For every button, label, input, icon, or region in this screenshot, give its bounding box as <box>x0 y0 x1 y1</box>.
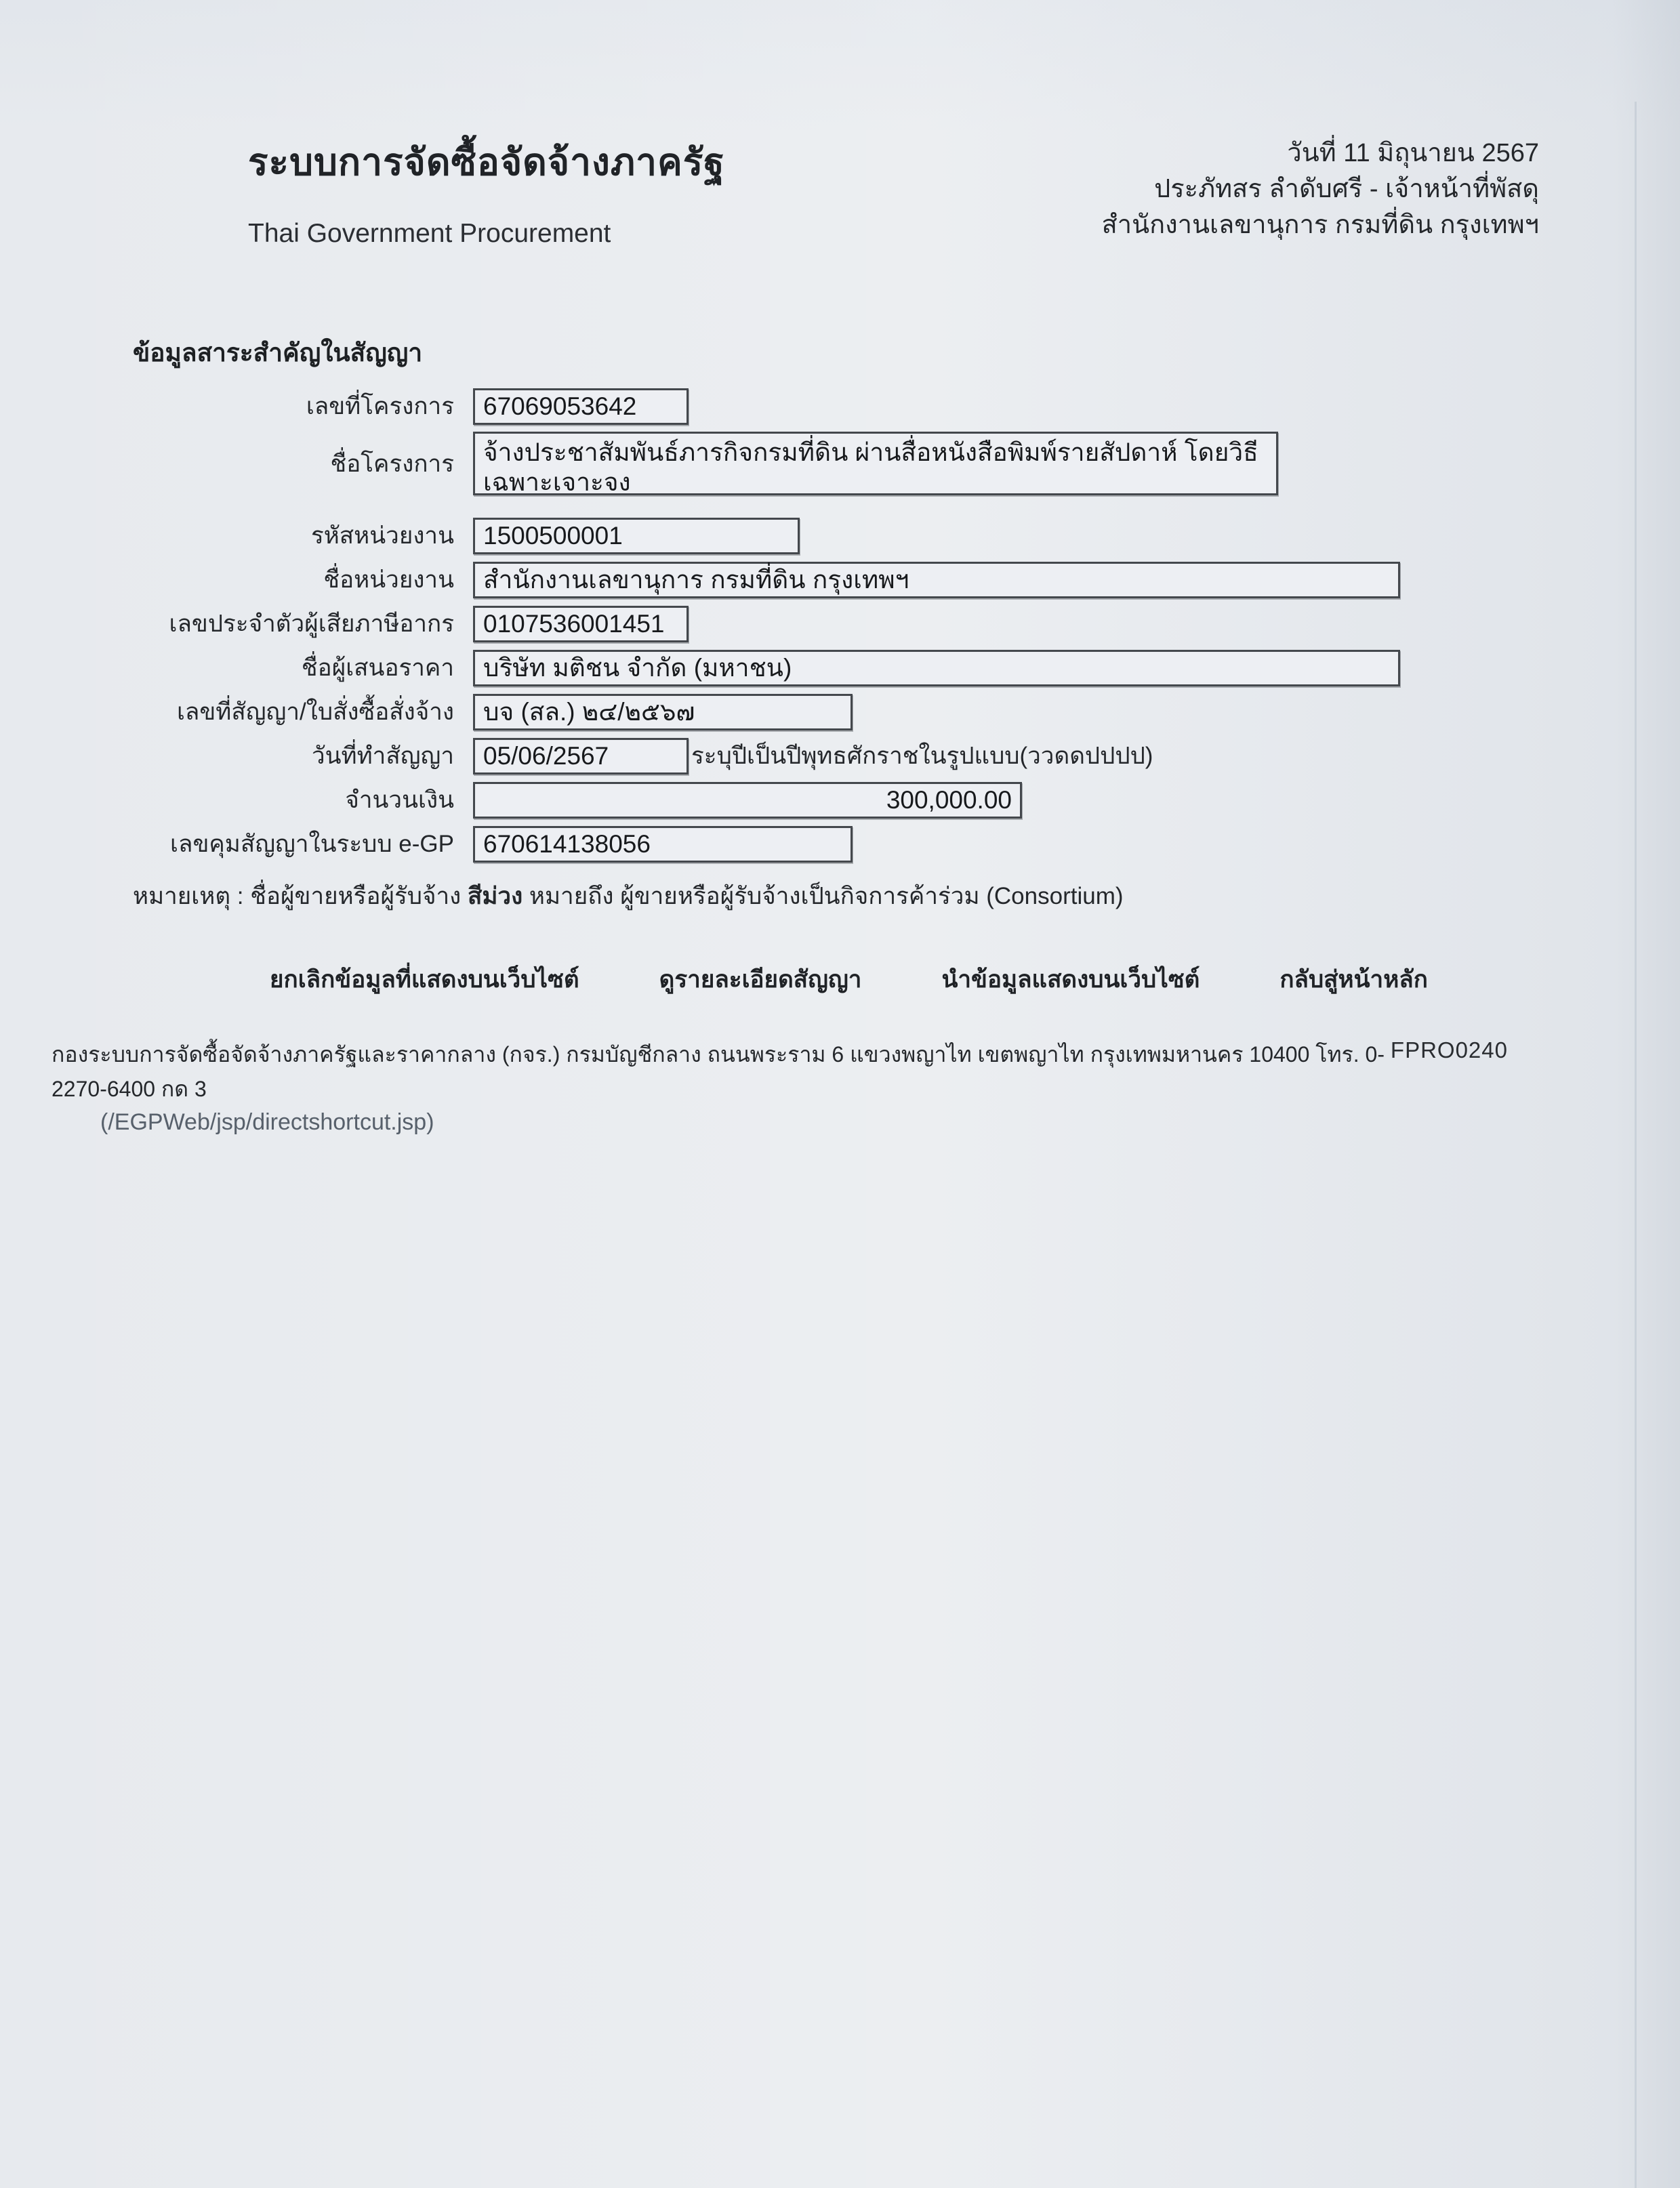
agency-code-value: 1500500001 <box>483 522 623 550</box>
field-row-agency-name: ชื่อหน่วยงาน สำนักงานเลขานุการ กรมที่ดิน… <box>0 561 1680 598</box>
print-date: วันที่ 11 มิถุนายน 2567 <box>1102 136 1539 171</box>
publish-to-website-button[interactable]: นำข้อมูลแสดงบนเว็บไซต์ <box>941 961 1200 998</box>
project-number-value: 67069053642 <box>483 392 636 421</box>
field-row-contract-number: เลขที่สัญญา/ใบสั่งซื้อสั่งจ้าง บจ (สล.) … <box>0 693 1680 730</box>
field-row-amount: จำนวนเงิน 300,000.00 <box>0 781 1680 819</box>
agency-code-field[interactable]: 1500500001 <box>473 518 800 554</box>
action-button-bar: ยกเลิกข้อมูลที่แสดงบนเว็บไซต์ ดูรายละเอี… <box>0 961 1680 998</box>
page-footer: กองระบบการจัดซื้อจัดจ้างภาครัฐและราคากลา… <box>0 1037 1680 1136</box>
bidder-name-value: บริษัท มติชน จำกัด (มหาชน) <box>483 648 792 688</box>
tax-id-label: เลขประจำตัวผู้เสียภาษีอากร <box>0 605 473 642</box>
agency-name-value: สำนักงานเลขานุการ กรมที่ดิน กรุงเทพฯ <box>483 560 909 600</box>
field-row-project-number: เลขที่โครงการ 67069053642 <box>0 388 1680 425</box>
system-title-thai: ระบบการจัดซื้อจัดจ้างภาครัฐ <box>248 133 725 192</box>
scan-fold-line <box>1635 102 1637 2188</box>
scanned-procurement-page: ระบบการจัดซื้อจัดจ้างภาครัฐ Thai Governm… <box>0 0 1680 2188</box>
contract-number-field[interactable]: บจ (สล.) ๒๔/๒๕๖๗ <box>473 694 853 730</box>
system-title-english: Thai Government Procurement <box>248 219 725 249</box>
cancel-publish-button[interactable]: ยกเลิกข้อมูลที่แสดงบนเว็บไซต์ <box>270 961 579 998</box>
project-number-field[interactable]: 67069053642 <box>473 388 689 425</box>
bidder-name-label: ชื่อผู้เสนอราคา <box>0 649 473 686</box>
contract-number-value: บจ (สล.) ๒๔/๒๕๖๗ <box>483 692 695 732</box>
user-agency: สำนักงานเลขานุการ กรมที่ดิน กรุงเทพฯ <box>1102 207 1539 243</box>
egp-control-number-value: 670614138056 <box>483 830 651 859</box>
field-row-egp-control-number: เลขคุมสัญญาในระบบ e-GP 670614138056 <box>0 825 1680 863</box>
amount-field[interactable]: 300,000.00 <box>473 782 1022 819</box>
contract-number-label: เลขที่สัญญา/ใบสั่งซื้อสั่งจ้าง <box>0 693 473 730</box>
header-branding: ระบบการจัดซื้อจัดจ้างภาครัฐ Thai Governm… <box>248 133 725 249</box>
field-row-bidder-name: ชื่อผู้เสนอราคา บริษัท มติชน จำกัด (มหาช… <box>0 649 1680 686</box>
field-row-contract-date: วันที่ทำสัญญา 05/06/2567 ระบุปีเป็นปีพุท… <box>0 737 1680 775</box>
amount-value: 300,000.00 <box>886 786 1012 814</box>
logged-in-user: ประภัทสร ลำดับศรี - เจ้าหน้าที่พัสดุ <box>1102 171 1539 207</box>
field-row-project-name: ชื่อโครงการ จ้างประชาสัมพันธ์ภารกิจกรมที… <box>0 432 1680 495</box>
form-code: FPRO0240 <box>1391 1037 1508 1107</box>
contract-date-label: วันที่ทำสัญญา <box>0 737 473 775</box>
contract-summary-form: เลขที่โครงการ 67069053642 ชื่อโครงการ จ้… <box>0 388 1680 863</box>
project-name-label: ชื่อโครงการ <box>0 445 473 482</box>
header-session-info: วันที่ 11 มิถุนายน 2567 ประภัทสร ลำดับศร… <box>1102 133 1539 249</box>
section-title: ข้อมูลสาระสำคัญในสัญญา <box>133 333 1680 373</box>
page-header: ระบบการจัดซื้อจัดจ้างภาครัฐ Thai Governm… <box>0 0 1680 249</box>
contract-date-value: 05/06/2567 <box>483 742 609 770</box>
field-row-tax-id: เลขประจำตัวผู้เสียภาษีอากร 0107536001451 <box>0 605 1680 642</box>
agency-name-field[interactable]: สำนักงานเลขานุการ กรมที่ดิน กรุงเทพฯ <box>473 562 1400 598</box>
consortium-note: หมายเหตุ : ชื่อผู้ขายหรือผู้รับจ้าง สีม่… <box>133 878 1680 915</box>
tax-id-field[interactable]: 0107536001451 <box>473 606 689 642</box>
egp-control-number-label: เลขคุมสัญญาในระบบ e-GP <box>0 825 473 863</box>
amount-label: จำนวนเงิน <box>0 781 473 819</box>
footer-jsp-path: (/EGPWeb/jsp/directshortcut.jsp) <box>100 1109 1680 1136</box>
field-row-agency-code: รหัสหน่วยงาน 1500500001 <box>0 517 1680 554</box>
egp-control-number-field[interactable]: 670614138056 <box>473 826 853 863</box>
note-prefix: หมายเหตุ : ชื่อผู้ขายหรือผู้รับจ้าง <box>133 883 468 909</box>
note-suffix: หมายถึง ผู้ขายหรือผู้รับจ้างเป็นกิจการค้… <box>523 883 1123 909</box>
project-name-value: จ้างประชาสัมพันธ์ภารกิจกรมที่ดิน ผ่านสื่… <box>483 438 1268 497</box>
note-highlight-purple: สีม่วง <box>468 883 523 909</box>
agency-name-label: ชื่อหน่วยงาน <box>0 561 473 598</box>
project-number-label: เลขที่โครงการ <box>0 388 473 425</box>
footer-address: กองระบบการจัดซื้อจัดจ้างภาครัฐและราคากลา… <box>52 1037 1391 1107</box>
bidder-name-field[interactable]: บริษัท มติชน จำกัด (มหาชน) <box>473 650 1400 686</box>
tax-id-value: 0107536001451 <box>483 610 665 638</box>
contract-date-field[interactable]: 05/06/2567 <box>473 738 689 775</box>
agency-code-label: รหัสหน่วยงาน <box>0 517 473 554</box>
view-contract-details-button[interactable]: ดูรายละเอียดสัญญา <box>659 961 862 998</box>
back-to-main-button[interactable]: กลับสู่หน้าหลัก <box>1279 961 1428 998</box>
contract-date-format-hint: ระบุปีเป็นปีพุทธศักราชในรูปแบบ(ววดดปปปป) <box>691 737 1153 775</box>
project-name-field[interactable]: จ้างประชาสัมพันธ์ภารกิจกรมที่ดิน ผ่านสื่… <box>473 432 1278 495</box>
